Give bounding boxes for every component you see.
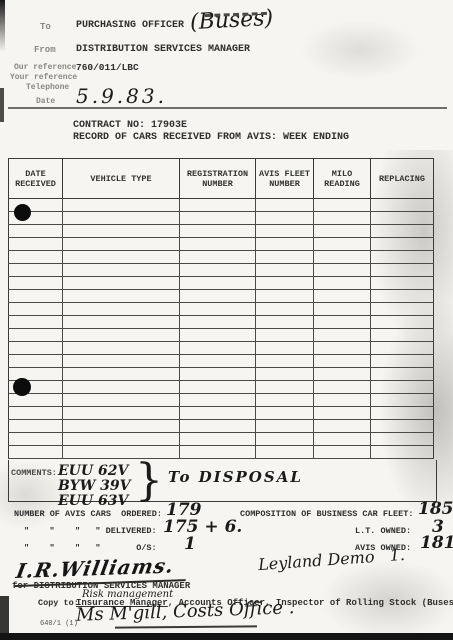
- table-cell: [9, 407, 63, 420]
- table-cell: [180, 290, 256, 303]
- table-cell: [9, 277, 63, 290]
- table-cell: [371, 225, 434, 238]
- brace-mark: }: [135, 455, 163, 506]
- table-cell: [314, 368, 371, 381]
- table-cell: [180, 277, 256, 290]
- table-cell: [63, 238, 180, 251]
- table-row: [9, 446, 434, 459]
- comments-label: COMMENTS:: [11, 468, 57, 478]
- table-row: [9, 433, 434, 446]
- table-cell: [9, 251, 63, 264]
- table-cell: [256, 433, 314, 446]
- scanned-memo-page: To PURCHASING OFFICER (Buses) From DISTR…: [0, 0, 453, 640]
- table-row: [9, 251, 434, 264]
- table-cell: [256, 277, 314, 290]
- table-cell: [63, 394, 180, 407]
- table-cell: [256, 407, 314, 420]
- date-value-handwritten: 5.9.83.: [76, 84, 167, 108]
- fleet-composition-value-handwritten: 185: [418, 499, 453, 519]
- delivered-value-handwritten: 175 + 6.: [163, 517, 242, 537]
- table-cell: [371, 394, 434, 407]
- table-cell: [256, 316, 314, 329]
- paper-stain: [300, 20, 420, 80]
- table-cell: [256, 420, 314, 433]
- avis-owned-value-handwritten: 181: [420, 533, 453, 553]
- table-cell: [256, 355, 314, 368]
- table-cell: [256, 199, 314, 212]
- header-divider-rule: [8, 107, 447, 109]
- column-header: DATE RECEIVED: [9, 159, 63, 199]
- table-cell: [371, 329, 434, 342]
- table-cell: [63, 433, 180, 446]
- scan-edge-artifact: [0, 0, 5, 52]
- table-cell: [371, 368, 434, 381]
- table-row: [9, 342, 434, 355]
- disposal-note-handwritten: To DISPOSAL: [168, 468, 303, 486]
- table-cell: [314, 212, 371, 225]
- table-cell: [9, 238, 63, 251]
- table-cell: [63, 316, 180, 329]
- cars-received-table: DATE RECEIVEDVEHICLE TYPEREGISTRATION NU…: [8, 158, 434, 459]
- table-cell: [180, 394, 256, 407]
- table-cell: [63, 420, 180, 433]
- table-cell: [371, 355, 434, 368]
- table-cell: [9, 225, 63, 238]
- table-cell: [371, 316, 434, 329]
- table-cell: [63, 407, 180, 420]
- table-cell: [256, 238, 314, 251]
- table-cell: [314, 420, 371, 433]
- table-cell: [63, 251, 180, 264]
- comment-reg-1: EUU 62V: [58, 463, 128, 479]
- table-cell: [180, 199, 256, 212]
- table-cell: [180, 238, 256, 251]
- table-cell: [180, 225, 256, 238]
- table-cell: [371, 199, 434, 212]
- table-cell: [314, 381, 371, 394]
- table-cell: [314, 251, 371, 264]
- table-cell: [371, 433, 434, 446]
- table-cell: [180, 355, 256, 368]
- table-row: [9, 316, 434, 329]
- table-cell: [314, 342, 371, 355]
- table-row: [9, 199, 434, 212]
- table-cell: [314, 394, 371, 407]
- table-cell: [371, 264, 434, 277]
- table-cell: [371, 407, 434, 420]
- table-cell: [63, 342, 180, 355]
- contract-number-line: CONTRACT NO: 17903E: [73, 120, 187, 131]
- comment-reg-3: EUU 63V: [58, 493, 128, 509]
- table-cell: [180, 212, 256, 225]
- table-cell: [63, 290, 180, 303]
- lt-owned-label: L.T. OWNED:: [355, 526, 411, 536]
- column-header: VEHICLE TYPE: [63, 159, 180, 199]
- table-cell: [180, 446, 256, 459]
- table-cell: [63, 381, 180, 394]
- table-row: [9, 303, 434, 316]
- table-cell: [314, 303, 371, 316]
- table-row: [9, 212, 434, 225]
- table-cell: [256, 342, 314, 355]
- table-cell: [9, 316, 63, 329]
- our-reference-value: 760/011/LBC: [76, 62, 139, 73]
- date-label: Date: [36, 97, 55, 106]
- from-value: DISTRIBUTION SERVICES MANAGER: [76, 44, 250, 55]
- copy-to-label: Copy to:: [38, 598, 79, 608]
- table-cell: [180, 329, 256, 342]
- table-cell: [256, 394, 314, 407]
- column-header: REGISTRATION NUMBER: [180, 159, 256, 199]
- outstanding-label: " " " " O/S:: [24, 543, 157, 553]
- table-cell: [371, 381, 434, 394]
- table-cell: [180, 303, 256, 316]
- table-cell: [371, 251, 434, 264]
- table-cell: [314, 290, 371, 303]
- table-cell: [371, 303, 434, 316]
- table-cell: [180, 264, 256, 277]
- table-cell: [314, 225, 371, 238]
- table-cell: [9, 264, 63, 277]
- table-cell: [314, 433, 371, 446]
- table-cell: [256, 225, 314, 238]
- table-cell: [371, 420, 434, 433]
- table-row: [9, 407, 434, 420]
- table-cell: [63, 329, 180, 342]
- hole-punch: [13, 378, 31, 396]
- table-cell: [9, 342, 63, 355]
- table-cell: [63, 277, 180, 290]
- table-cell: [9, 394, 63, 407]
- table-row: [9, 225, 434, 238]
- table-cell: [63, 368, 180, 381]
- our-reference-label: Our reference: [14, 63, 76, 72]
- table-cell: [256, 381, 314, 394]
- table-cell: [314, 199, 371, 212]
- table-cell: [63, 303, 180, 316]
- table-cell: [180, 407, 256, 420]
- table-row: [9, 290, 434, 303]
- ordered-label: NUMBER OF AVIS CARS ORDERED:: [14, 509, 162, 519]
- avis-table-body: [9, 199, 434, 459]
- table-cell: [256, 368, 314, 381]
- column-header: REPLACING: [371, 159, 434, 199]
- table-row: [9, 394, 434, 407]
- table-cell: [256, 329, 314, 342]
- table-cell: [9, 329, 63, 342]
- table-cell: [314, 355, 371, 368]
- column-header: MILO READING: [314, 159, 371, 199]
- table-cell: [371, 290, 434, 303]
- table-cell: [256, 251, 314, 264]
- table-cell: [314, 329, 371, 342]
- table-cell: [256, 264, 314, 277]
- table-cell: [180, 368, 256, 381]
- table-cell: [314, 277, 371, 290]
- form-code: 640/1 (1): [40, 620, 78, 628]
- table-row: [9, 355, 434, 368]
- table-row: [9, 277, 434, 290]
- table-row: [9, 264, 434, 277]
- table-cell: [314, 446, 371, 459]
- fleet-composition-label: COMPOSITION OF BUSINESS CAR FLEET:: [240, 509, 413, 519]
- table-cell: [9, 420, 63, 433]
- table-row: [9, 238, 434, 251]
- table-cell: [180, 433, 256, 446]
- table-header-row: DATE RECEIVEDVEHICLE TYPEREGISTRATION NU…: [9, 159, 434, 199]
- outstanding-value-handwritten: 1: [184, 534, 196, 554]
- to-label: To: [40, 22, 51, 32]
- table-row: [9, 368, 434, 381]
- table-cell: [314, 238, 371, 251]
- table-cell: [371, 342, 434, 355]
- pen-underline-mark: [115, 625, 257, 628]
- telephone-label: Telephone: [26, 83, 69, 92]
- to-value: PURCHASING OFFICER: [76, 20, 184, 31]
- table-cell: [314, 316, 371, 329]
- table-cell: [371, 277, 434, 290]
- scan-edge-artifact: [0, 88, 4, 122]
- your-reference-label: Your reference: [10, 73, 77, 82]
- comment-reg-2: BYW 39V: [58, 478, 131, 494]
- scan-bottom-bar: [0, 633, 453, 640]
- hole-punch: [14, 204, 31, 221]
- table-cell: [256, 290, 314, 303]
- table-cell: [371, 446, 434, 459]
- delivered-label: " " " " DELIVERED:: [24, 526, 157, 536]
- table-row: [9, 329, 434, 342]
- record-title-line: RECORD OF CARS RECEIVED FROM AVIS: WEEK …: [73, 132, 349, 143]
- table-cell: [9, 355, 63, 368]
- table-cell: [180, 342, 256, 355]
- table-cell: [9, 303, 63, 316]
- table-cell: [180, 251, 256, 264]
- table-cell: [63, 225, 180, 238]
- leyland-demo-note-handwritten: Leyland Demo 1.: [258, 545, 406, 574]
- table-cell: [9, 446, 63, 459]
- table-cell: [256, 212, 314, 225]
- table-cell: [180, 420, 256, 433]
- from-label: From: [34, 45, 56, 55]
- table-row: [9, 420, 434, 433]
- table-cell: [371, 212, 434, 225]
- table-cell: [9, 433, 63, 446]
- table-cell: [63, 212, 180, 225]
- table-cell: [371, 238, 434, 251]
- table-cell: [180, 381, 256, 394]
- table-cell: [256, 303, 314, 316]
- table-cell: [180, 316, 256, 329]
- table-row: [9, 381, 434, 394]
- table-cell: [63, 199, 180, 212]
- table-cell: [9, 290, 63, 303]
- table-cell: [63, 264, 180, 277]
- table-cell: [63, 355, 180, 368]
- table-cell: [314, 264, 371, 277]
- table-cell: [314, 407, 371, 420]
- to-annotation-handwritten: (Buses): [189, 6, 273, 35]
- table-cell: [256, 446, 314, 459]
- column-header: AVIS FLEET NUMBER: [256, 159, 314, 199]
